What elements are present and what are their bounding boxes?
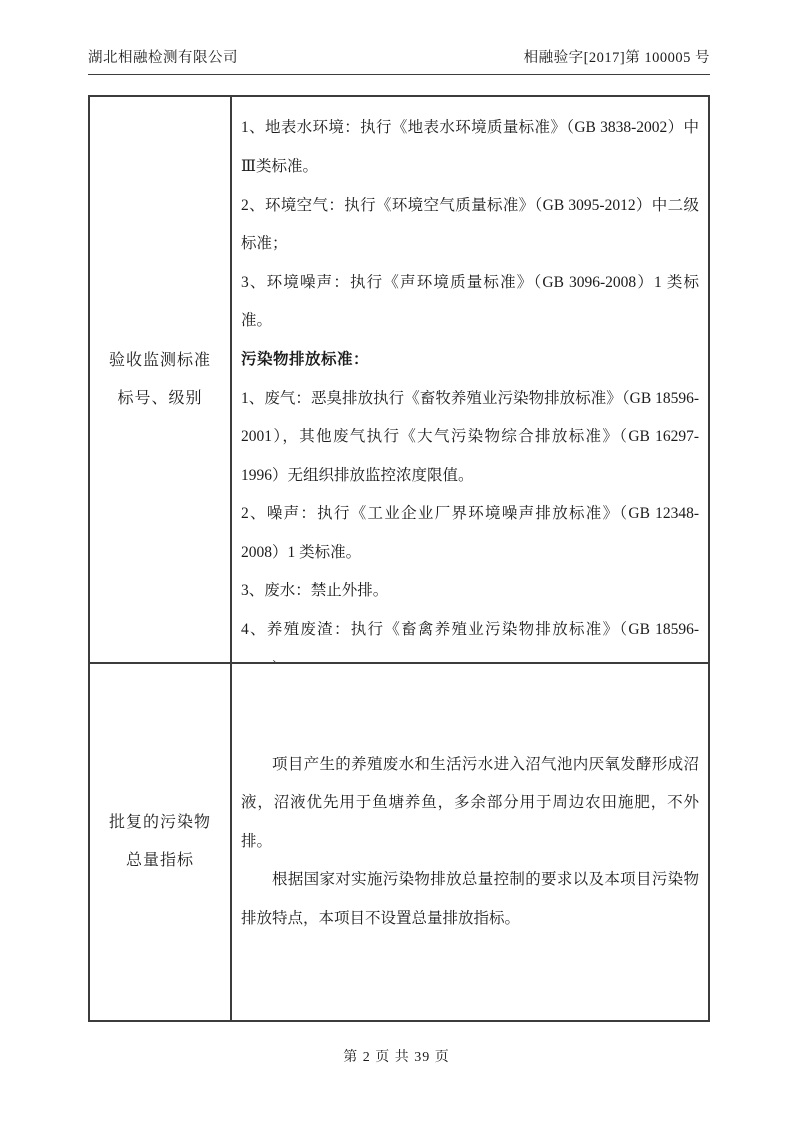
document-page: 湖北相融检测有限公司 相融验字[2017]第 100005 号 验收监测标准 标…	[0, 0, 793, 1122]
standards-table: 验收监测标准 标号、级别 环境质量标准： 1、地表水环境：执行《地表水环境质量标…	[88, 95, 710, 1022]
pollutant-discharge-standards-heading: 污染物排放标准：	[241, 341, 699, 380]
company-name: 湖北相融检测有限公司	[88, 46, 238, 67]
page-header: 湖北相融检测有限公司 相融验字[2017]第 100005 号	[88, 46, 710, 75]
row-label-approved-pollutant-total-quota: 批复的污染物 总量指标	[90, 662, 230, 1020]
standard-item: 3、环境噪声：执行《声环境质量标准》（GB 3096-2008）1 类标准。	[241, 264, 699, 341]
total-quota-content: 项目产生的养殖废水和生活污水进入沼气池内厌氧发酵形成沼液，沼液优先用于鱼塘养鱼，…	[230, 662, 708, 1020]
row-label-line: 批复的污染物	[109, 804, 211, 842]
standard-item: 1、地表水环境：执行《地表水环境质量标准》（GB 3838-2002）中Ⅲ类标准…	[241, 109, 699, 186]
row-label-line: 标号、级别	[117, 380, 202, 418]
environment-quality-standards-heading: 环境质量标准：	[241, 97, 699, 109]
standard-item: 2、噪声：执行《工业企业厂界环境噪声排放标准》（GB 12348-2008）1 …	[241, 495, 699, 572]
page-footer: 第 2 页 共 39 页	[0, 1046, 793, 1066]
standard-item: 4、养殖废渣：执行《畜禽养殖业污染物排放标准》（GB 18596-2001）。	[241, 611, 699, 662]
row-label-acceptance-monitoring-standards: 验收监测标准 标号、级别	[90, 97, 230, 662]
standard-item: 1、废气：恶臭排放执行《畜牧养殖业污染物排放标准》（GB 18596-2001）…	[241, 380, 699, 496]
row-label-line: 验收监测标准	[109, 342, 211, 380]
document-number: 相融验字[2017]第 100005 号	[524, 46, 710, 67]
row-label-line: 总量指标	[126, 842, 194, 880]
standard-item: 2、环境空气：执行《环境空气质量标准》（GB 3095-2012）中二级标准；	[241, 187, 699, 264]
page-number: 第 2 页 共 39 页	[343, 1050, 450, 1065]
quota-paragraph: 根据国家对实施污染物排放总量控制的要求以及本项目污染物排放特点，本项目不设置总量…	[241, 861, 699, 938]
standard-item: 3、废水：禁止外排。	[241, 572, 699, 611]
quota-paragraph: 项目产生的养殖废水和生活污水进入沼气池内厌氧发酵形成沼液，沼液优先用于鱼塘养鱼，…	[241, 746, 699, 862]
monitoring-standards-content: 环境质量标准： 1、地表水环境：执行《地表水环境质量标准》（GB 3838-20…	[230, 97, 708, 662]
